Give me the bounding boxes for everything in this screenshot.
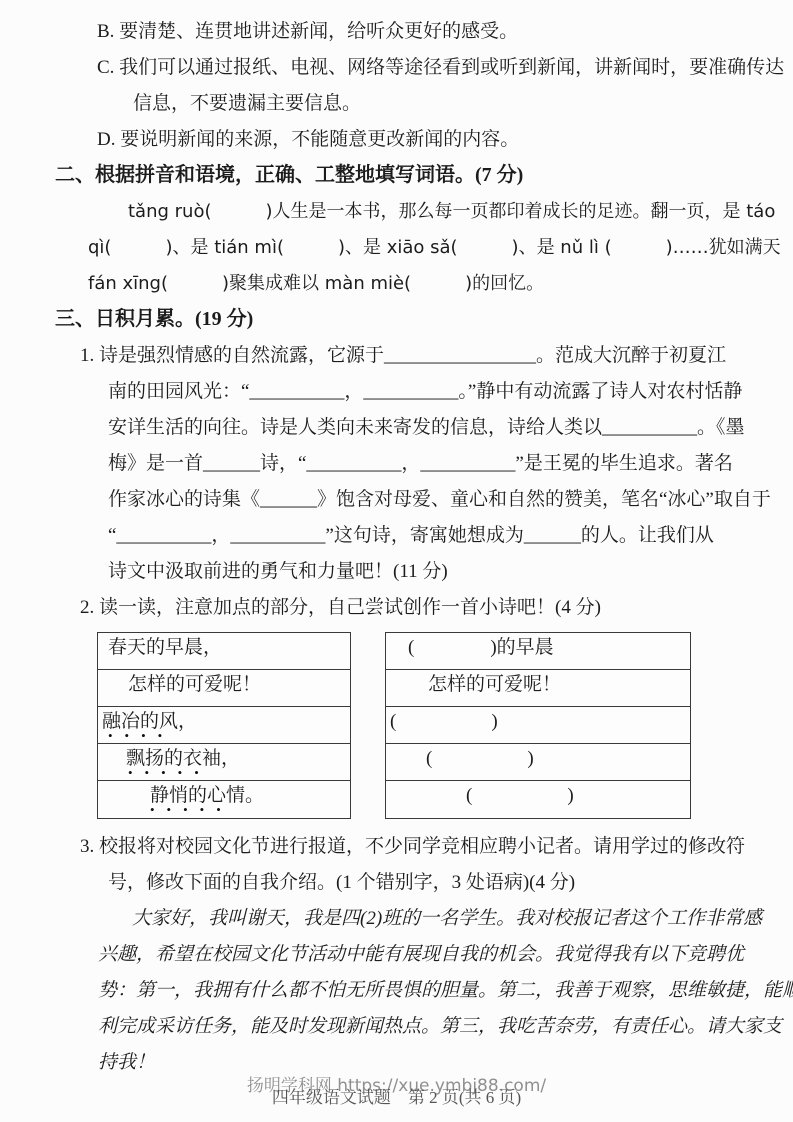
section2-line-3: fán xīng( )聚集成难以 màn miè( )的回忆。 [88, 272, 793, 295]
option-d: D. 要说明新闻的来源，不能随意更改新闻的内容。 [97, 128, 793, 151]
poem-example-box: 春天的早晨， 怎样的可爱呢！ 融冶的风， •••• 飘扬的衣袖， ••••• 静… [97, 632, 351, 819]
item3-line-2: 号，修改下面的自我介绍。(1 个错别字，3 处语病)(4 分) [108, 871, 793, 894]
option-c: C. 我们可以通过报纸、电视、网络等途径看到或听到新闻，讲新闻时，要准确传达 [97, 56, 793, 79]
poem-example-row: 静悄的心情。 ••••• [98, 781, 350, 818]
self-intro-line-4: 利完成采访任务，能及时发现新闻热点。第三，我吃苦奈劳，有责任心。请大家支 [98, 1015, 793, 1038]
item1-line-4: 梅》是一首______诗，“__________，__________”是王冕的… [108, 452, 793, 475]
self-intro-line-5: 持我！ [98, 1051, 793, 1074]
poem-answer-text: 怎样的可爱呢！ [428, 674, 690, 695]
poem-answer-row[interactable]: ( ) [386, 781, 690, 818]
item1-line-3: 安详生活的向往。诗是人类向未来寄发的信息，诗给人类以__________。《墨 [108, 416, 793, 439]
section3-title: 三、日积月累。(19 分) [55, 308, 793, 331]
item1-line-5: 作家冰心的诗集《______》饱含对母爱、童心和自然的赞美，笔名“冰心”取自于 [108, 488, 793, 511]
section2-title: 二、根据拼音和语境，正确、工整地填写词语。(7 分) [55, 164, 793, 187]
poem-example-text: 春天的早晨， [108, 637, 350, 658]
emphasis-dots: •••• [108, 731, 350, 741]
item1-line-2: 南的田园风光：“__________，__________。”静中有动流露了诗人… [108, 380, 793, 403]
item2-intro: 2. 读一读，注意加点的部分，自己尝试创作一首小诗吧！(4 分) [80, 596, 793, 619]
section2-line-1: tǎng ruò( )人生是一本书，那么每一页都印着成长的足迹。翻一页，是 tá… [128, 200, 793, 223]
poem-answer-row[interactable]: ( )的早晨 [386, 633, 690, 670]
emphasis-dots: ••••• [150, 805, 350, 815]
poem-example-row: 融冶的风， •••• [98, 707, 350, 744]
emphasis-dots: ••••• [128, 768, 350, 778]
section2-line-2: qì( )、是 tián mì( )、是 xiāo sǎ( )、是 nǔ lì … [88, 236, 793, 259]
page-footer: 扬明学科网 https://xue.ymbj88.com/ 四年级语文试题 第 … [0, 1078, 793, 1108]
poem-answer-blank[interactable]: ( ) [426, 748, 690, 769]
poem-tables: 春天的早晨， 怎样的可爱呢！ 融冶的风， •••• 飘扬的衣袖， ••••• 静… [97, 632, 793, 819]
poem-example-row: 怎样的可爱呢！ [98, 670, 350, 707]
item1-line-6: “__________，__________”这句诗，寄寓她想成为______的… [108, 524, 793, 547]
exam-page: B. 要清楚、连贯地讲述新闻，给听众更好的感受。 C. 我们可以通过报纸、电视、… [0, 0, 793, 1074]
item3-line-1: 3. 校报将对校园文化节进行报道，不少同学竞相应聘小记者。请用学过的修改符 [80, 835, 793, 858]
poem-answer-blank[interactable]: ( ) [466, 785, 690, 806]
poem-answer-blank[interactable]: ( )的早晨 [408, 637, 690, 658]
page-number: 四年级语文试题 第 2 页(共 6 页) [0, 1088, 793, 1108]
self-intro-line-2: 兴趣，希望在校园文化节活动中能有展现自我的机会。我觉得我有以下竞聘优 [98, 943, 793, 966]
item1-line-1: 1. 诗是强烈情感的自然流露，它源于________________。范成大沉醉… [80, 344, 793, 367]
option-b: B. 要清楚、连贯地讲述新闻，给听众更好的感受。 [97, 20, 793, 43]
poem-answer-row: 怎样的可爱呢！ [386, 670, 690, 707]
item1-line-7: 诗文中汲取前进的勇气和力量吧！(11 分) [108, 560, 793, 583]
poem-answer-blank[interactable]: ( ) [390, 711, 690, 732]
poem-answer-row[interactable]: ( ) [386, 744, 690, 781]
self-intro-line-3: 势：第一，我拥有什么都不怕无所畏惧的胆量。第二，我善于观察，思维敏捷，能顺 [98, 979, 793, 1002]
poem-example-row: 飘扬的衣袖， ••••• [98, 744, 350, 781]
poem-example-text: 怎样的可爱呢！ [128, 674, 350, 695]
poem-example-row: 春天的早晨， [98, 633, 350, 670]
self-intro-line-1: 大家好，我叫谢天，我是四(2)班的一名学生。我对校报记者这个工作非常感 [132, 907, 793, 930]
option-c-continued: 信息，不要遗漏主要信息。 [133, 92, 793, 115]
poem-answer-row[interactable]: ( ) [386, 707, 690, 744]
poem-answer-box: ( )的早晨 怎样的可爱呢！ ( ) ( ) ( ) [385, 632, 691, 819]
